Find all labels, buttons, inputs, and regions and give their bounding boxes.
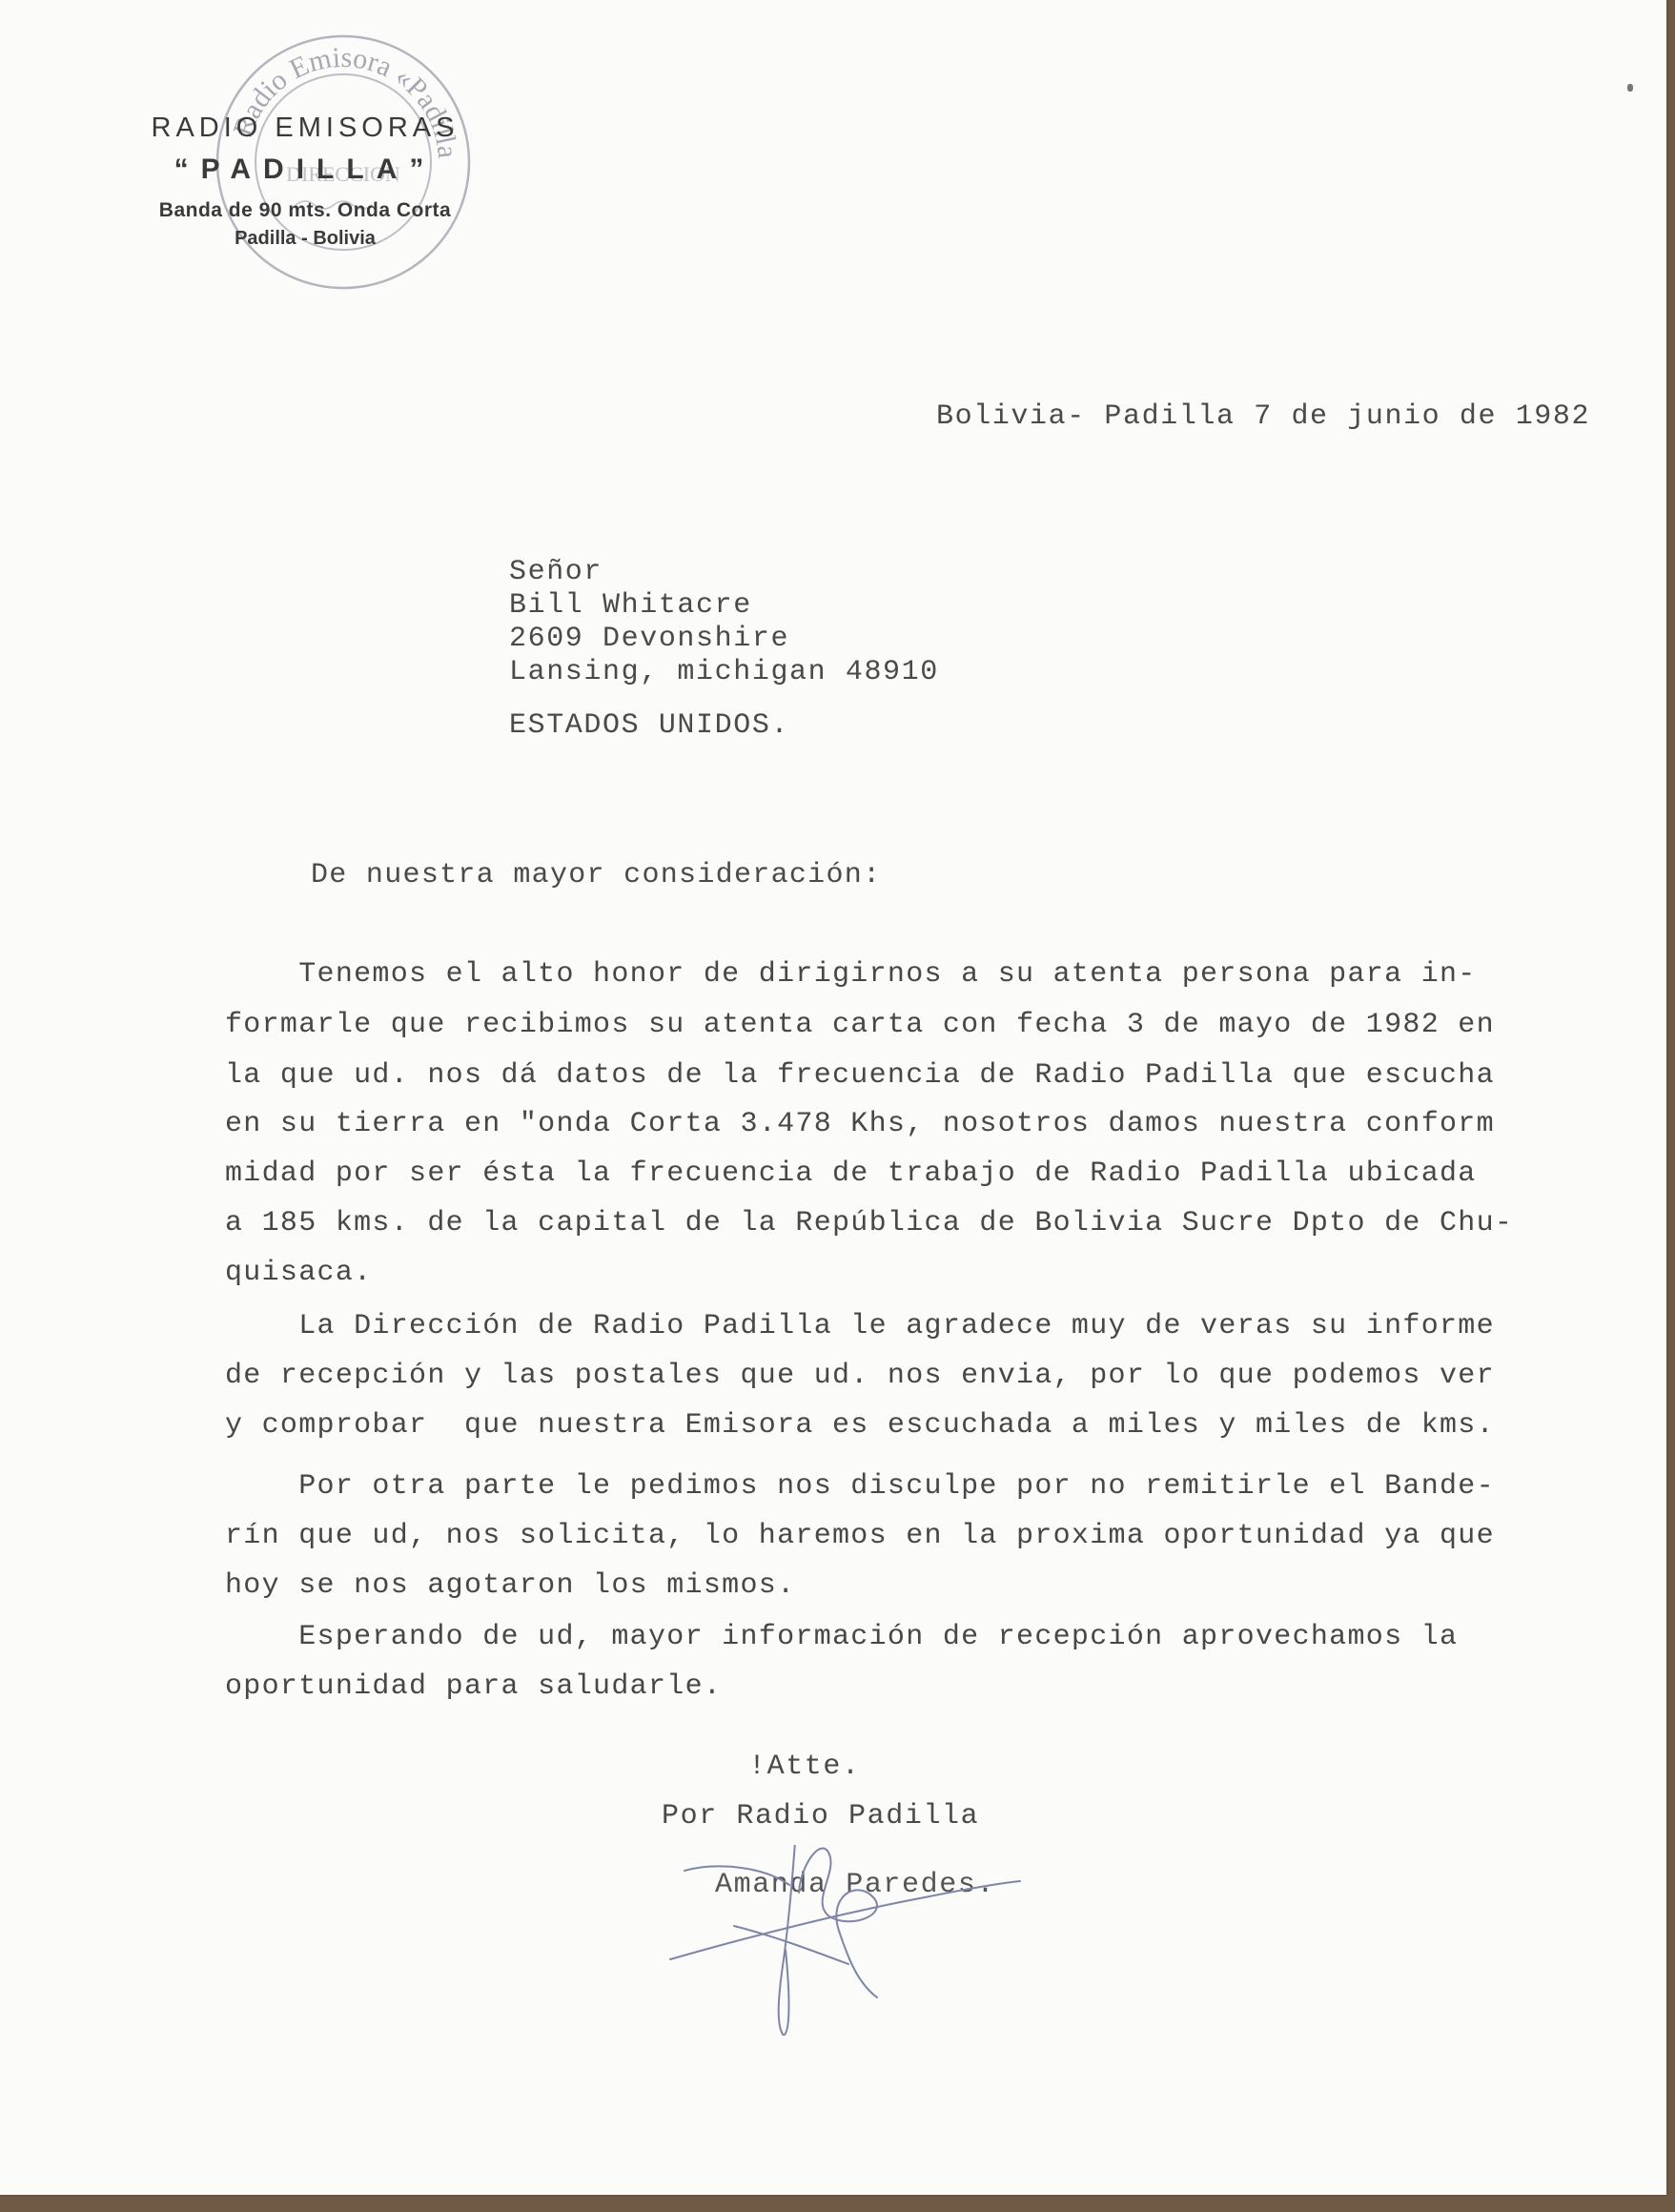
letterhead-station-type: RADIO EMISORAS xyxy=(124,113,486,144)
body-line: a 185 kms. de la capital de la República… xyxy=(225,1207,1513,1239)
recipient-city: Lansing, michigan 48910 xyxy=(509,658,939,686)
greeting: De nuestra mayor consideración: xyxy=(311,861,881,890)
handwritten-signature-icon xyxy=(658,1845,1039,2036)
body-line: en su tierra en "onda Corta 3.478 Khs, n… xyxy=(225,1108,1495,1140)
body-line: rín que ud, nos solicita, lo haremos en … xyxy=(225,1520,1495,1552)
closing-atte: !Atte. xyxy=(748,1752,861,1781)
recipient-street: 2609 Devonshire xyxy=(509,625,789,653)
letterhead-station-name: “PADILLA” xyxy=(124,154,486,186)
ink-speck xyxy=(1627,84,1633,92)
body-line: midad por ser ésta la frecuencia de trab… xyxy=(225,1157,1477,1190)
body-line: y comprobar que nuestra Emisora es escuc… xyxy=(225,1409,1495,1442)
body-line: Esperando de ud, mayor información de re… xyxy=(225,1621,1458,1653)
recipient-country: ESTADOS UNIDOS. xyxy=(509,711,789,740)
letterhead: RADIO EMISORAS “PADILLA” Banda de 90 mts… xyxy=(124,113,486,250)
body-line: de recepción y las postales que ud. nos … xyxy=(225,1360,1495,1392)
recipient-title: Señor xyxy=(509,558,603,586)
body-line: la que ud. nos dá datos de la frecuencia… xyxy=(225,1059,1495,1092)
body-line: quisaca. xyxy=(225,1257,372,1289)
letter-page: Radio Emisora «Padilla» Chuquisaca-Boliv… xyxy=(0,0,1666,2195)
body-line: Por otra parte le pedimos nos disculpe p… xyxy=(225,1470,1495,1503)
letterhead-location: Padilla - Bolivia xyxy=(124,228,486,250)
body-line: hoy se nos agotaron los mismos. xyxy=(225,1569,795,1602)
body-line: La Dirección de Radio Padilla le agradec… xyxy=(225,1310,1495,1342)
body-line: oportunidad para saludarle. xyxy=(225,1670,722,1703)
closing-organization: Por Radio Padilla xyxy=(662,1802,979,1831)
body-line: Tenemos el alto honor de dirigirnos a su… xyxy=(225,958,1477,991)
letterhead-band: Banda de 90 mts. Onda Corta xyxy=(124,199,486,222)
body-line: formarle que recibimos su atenta carta c… xyxy=(225,1009,1495,1041)
dateline: Bolivia- Padilla 7 de junio de 1982 xyxy=(936,402,1590,431)
recipient-name: Bill Whitacre xyxy=(509,591,752,620)
